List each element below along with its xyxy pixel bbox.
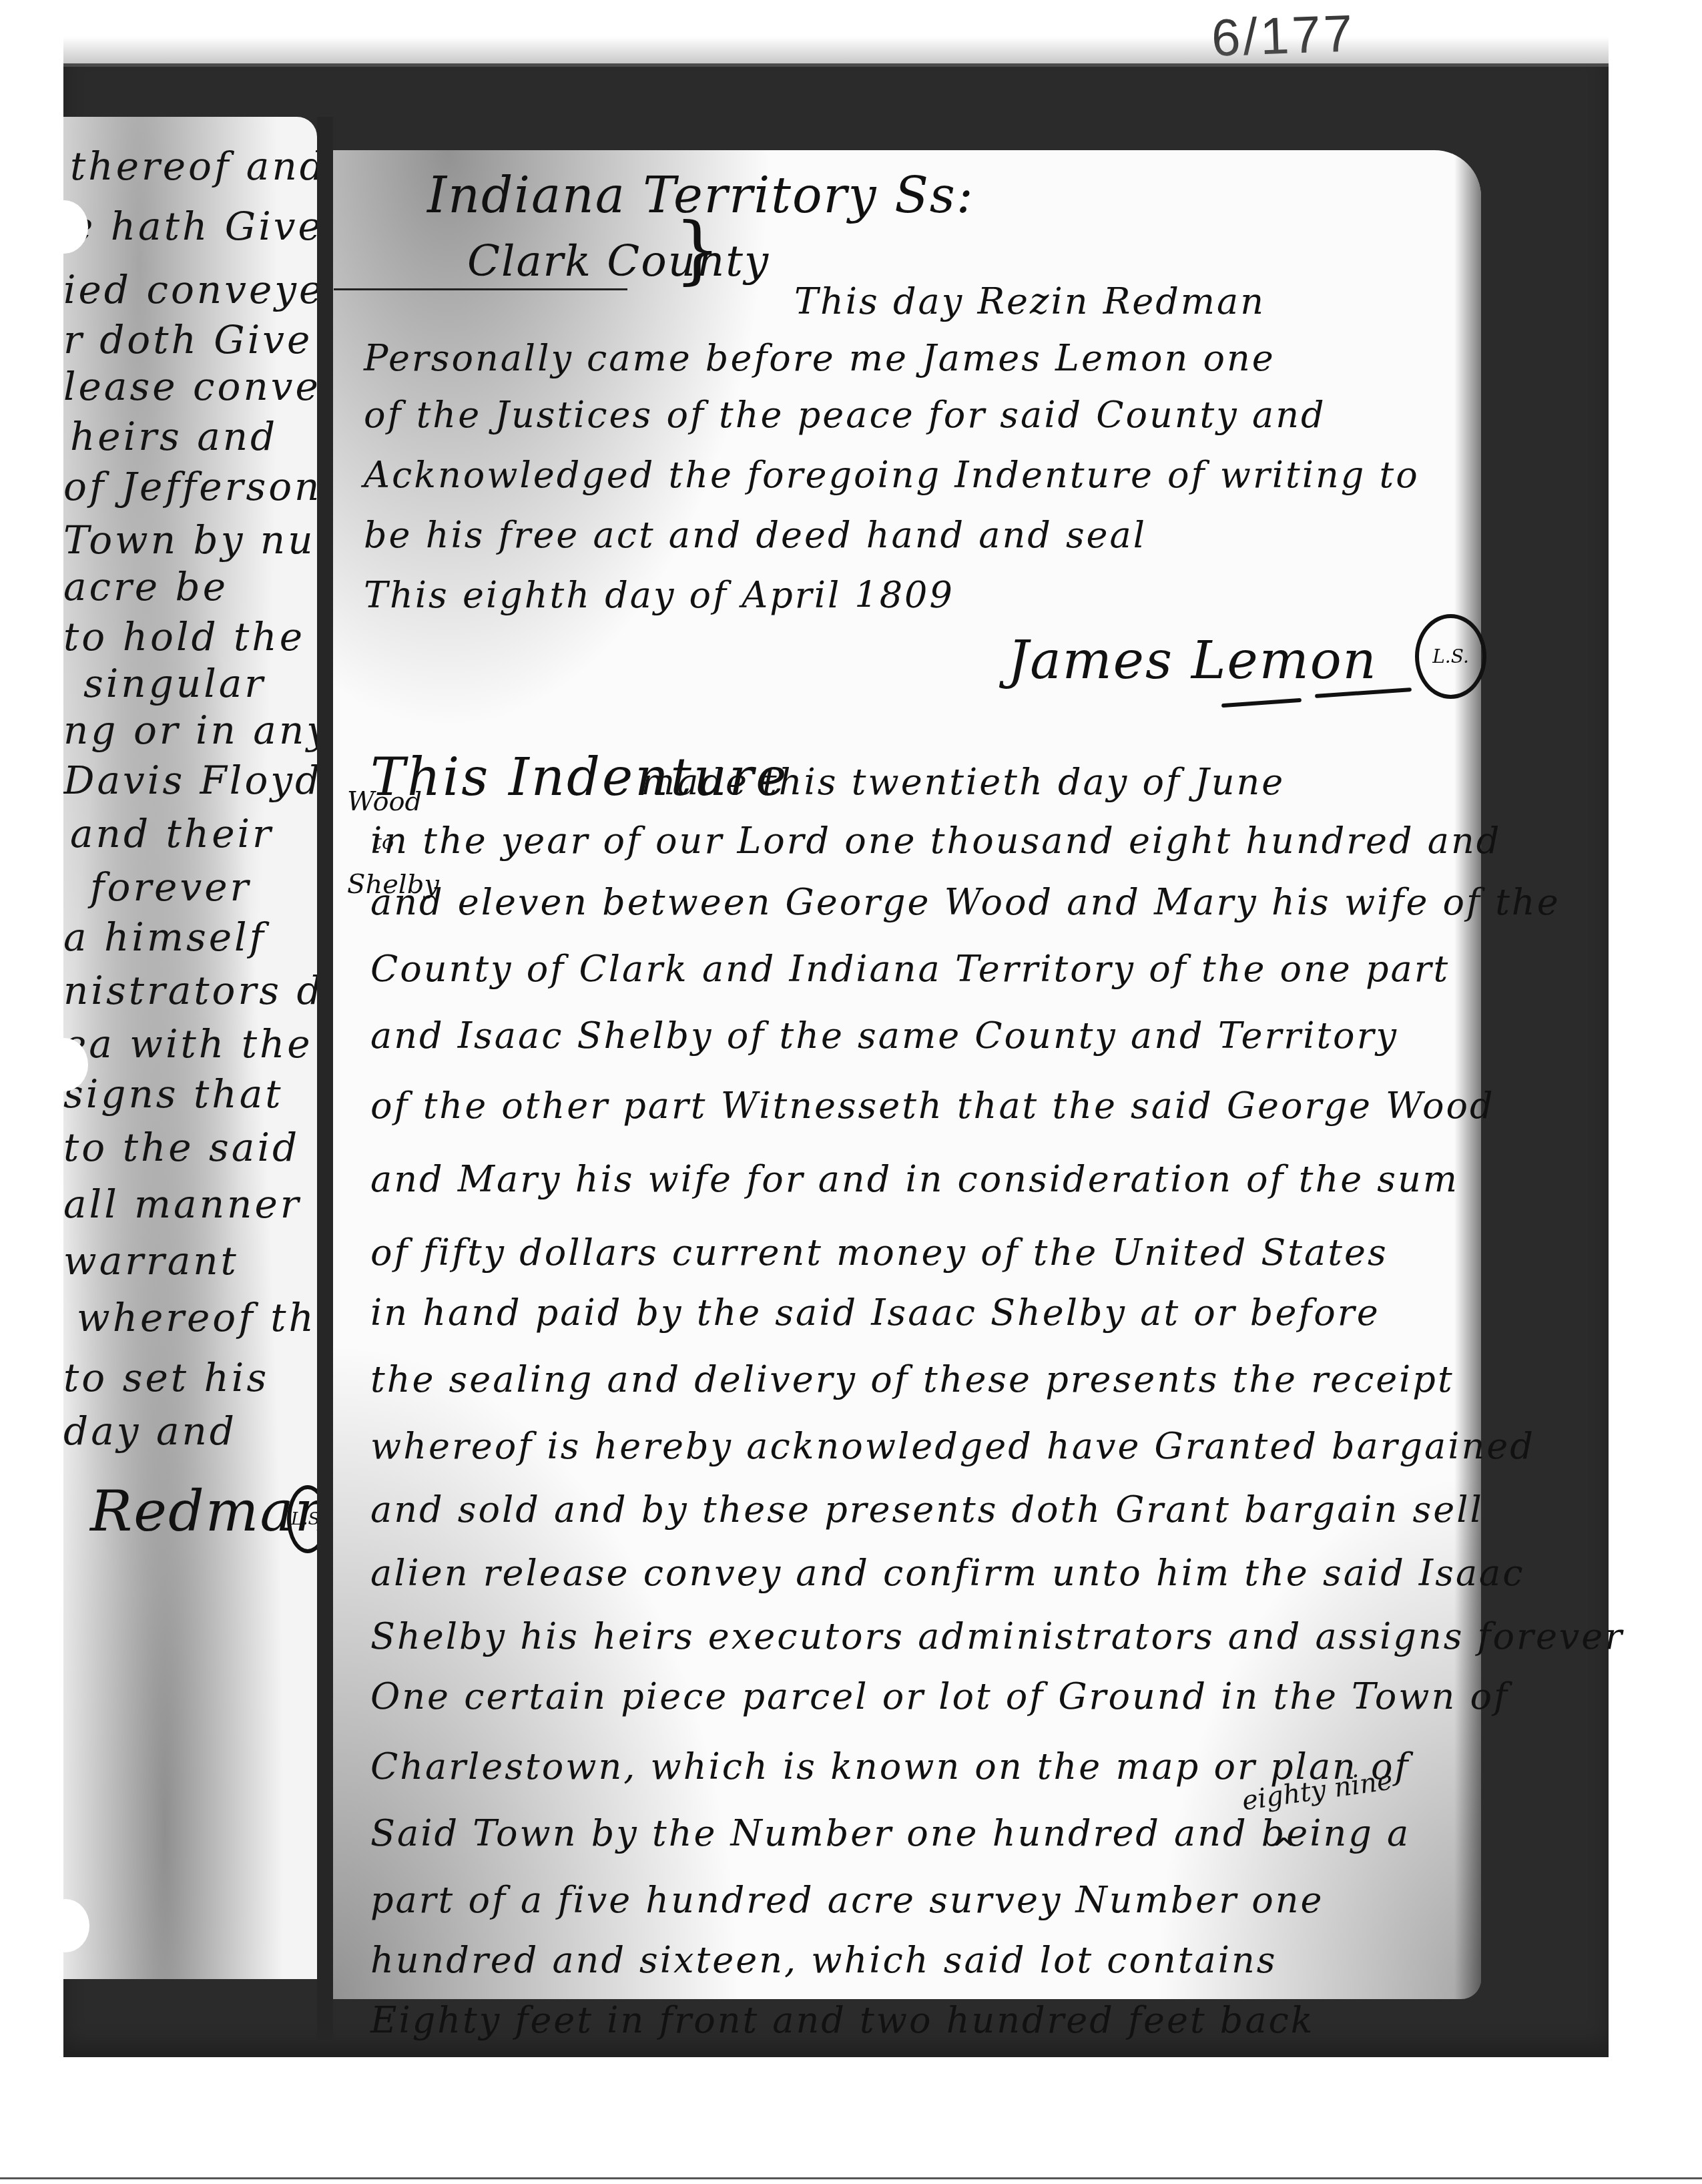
left-line: a himself — [63, 914, 266, 960]
heading-county: Clark County — [467, 237, 770, 286]
indenture-line: Eighty feet in front and two hundred fee… — [370, 1999, 1315, 2041]
acknowledgment-line: of the Justices of the peace for said Co… — [364, 394, 1326, 436]
left-line: nistrators doth — [63, 968, 317, 1013]
punch-hole — [40, 1038, 88, 1091]
left-line: ea with the — [63, 1021, 313, 1067]
punch-hole — [41, 1899, 89, 1952]
indenture-line: hundred and sixteen, which said lot cont… — [370, 1939, 1277, 1981]
indenture-line: and eleven between George Wood and Mary … — [370, 881, 1561, 923]
indenture-line: the sealing and delivery of these presen… — [370, 1358, 1454, 1400]
left-page: thereof and e hath Given ied conveyed r … — [63, 117, 317, 1979]
left-line: ied conveyed — [63, 267, 317, 312]
indenture-line: in the year of our Lord one thousand eig… — [370, 820, 1501, 862]
left-line: signs that — [63, 1071, 284, 1117]
left-line: e hath Given — [70, 204, 317, 249]
left-line: to the said — [63, 1125, 300, 1170]
justice-signature: James Lemon — [1008, 631, 1378, 691]
left-line: day and — [63, 1408, 237, 1454]
left-line: to hold the — [63, 614, 305, 659]
indenture-line: and sold and by these presents doth Gran… — [370, 1488, 1484, 1531]
left-page-signature: Redman — [90, 1478, 317, 1544]
indenture-line: part of a five hundred acre survey Numbe… — [370, 1879, 1324, 1921]
binding-gutter — [317, 117, 333, 2039]
left-line: heirs and — [70, 414, 278, 459]
left-line: whereof the — [77, 1295, 317, 1340]
left-line: Davis Floyd — [63, 758, 317, 803]
indenture-line: whereof is hereby acknowledged have Gran… — [370, 1425, 1535, 1467]
left-line: Town by number — [63, 517, 317, 563]
acknowledgment-line: be his free act and deed hand and seal — [364, 514, 1147, 556]
heading-brace: } — [674, 207, 721, 292]
acknowledgment-line: Acknowledged the foregoing Indenture of … — [364, 454, 1420, 496]
indenture-line: Charlestown, which is known on the map o… — [370, 1745, 1410, 1788]
indenture-line: of fifty dollars current money of the Un… — [370, 1232, 1388, 1274]
indenture-line: made this twentieth day of June — [641, 761, 1285, 803]
acknowledgment-line: Personally came before me James Lemon on… — [364, 337, 1275, 379]
indenture-line: Shelby his heirs executors administrator… — [370, 1615, 1624, 1657]
punch-hole — [40, 200, 88, 254]
heading-rule — [334, 288, 627, 290]
indenture-line: alien release convey and confirm unto hi… — [370, 1552, 1525, 1594]
left-line: and their — [70, 811, 274, 856]
acknowledgment-line: This eighth day of April 1809 — [364, 574, 954, 616]
left-line: thereof and — [70, 144, 317, 189]
left-line: of Jefferson — [63, 464, 317, 509]
left-line: lease convey — [63, 364, 317, 409]
indenture-line: One certain piece parcel or lot of Groun… — [370, 1675, 1509, 1717]
acknowledgment-line: This day Rezin Redman — [794, 280, 1265, 322]
justice-seal: L.S. — [1415, 614, 1486, 699]
indenture-line: and Isaac Shelby of the same County and … — [370, 1015, 1398, 1057]
left-line: singular — [83, 661, 266, 706]
left-line: ng or in any — [63, 708, 317, 753]
indenture-line: and Mary his wife for and in considerati… — [370, 1158, 1459, 1200]
indenture-line: in hand paid by the said Isaac Shelby at… — [370, 1292, 1380, 1334]
left-line: warrant — [63, 1238, 239, 1284]
left-line: acre be — [63, 564, 228, 609]
left-line: r doth Give — [63, 317, 312, 362]
indenture-line: County of Clark and Indiana Territory of… — [370, 948, 1450, 990]
indenture-line: of the other part Witnesseth that the sa… — [370, 1085, 1495, 1127]
indenture-line: Said Town by the Number one hundred and … — [370, 1812, 1410, 1854]
left-line: forever — [90, 864, 251, 910]
left-line: to set his — [63, 1355, 269, 1400]
left-line: all manner — [63, 1181, 301, 1227]
copier-edge-line — [0, 2177, 1702, 2179]
